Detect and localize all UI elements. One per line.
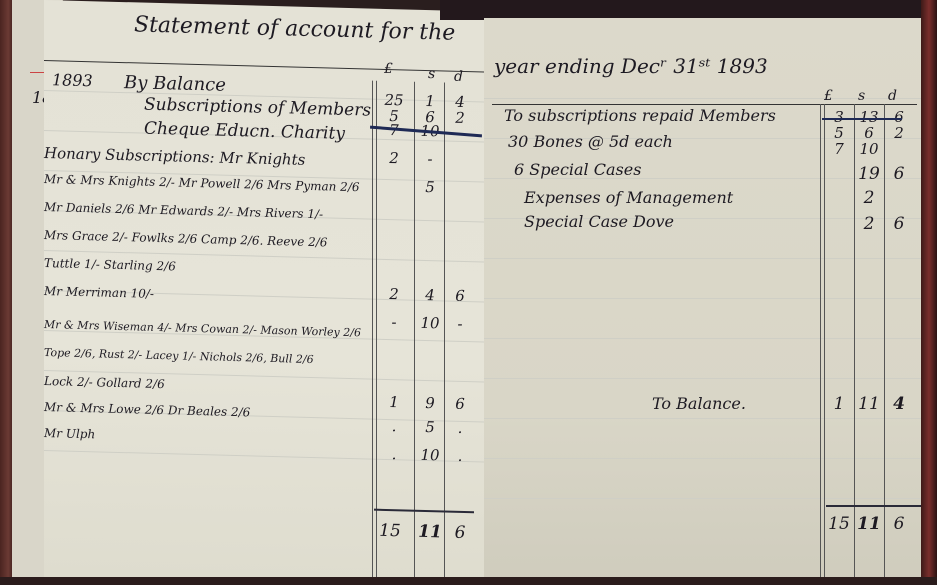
ledger-entry: Honary Subscriptions: Mr Knights [44, 144, 305, 169]
statement-heading: Statement of account for the [134, 12, 455, 45]
total-shillings: 11 [418, 522, 442, 543]
balance-pounds: 1 [827, 394, 851, 414]
amount-shillings: 2 [857, 214, 881, 234]
amount-shillings: 5 [418, 178, 442, 197]
total-rule [374, 509, 474, 514]
amount-shillings: 2 [857, 188, 881, 208]
ledger-entry: By Balance [124, 72, 226, 96]
amount-pounds: . [382, 445, 406, 464]
book-cover-bottom [0, 577, 937, 585]
shillings-header: s [428, 66, 435, 82]
book-cover-top [440, 0, 937, 20]
pounds-header: £ [384, 61, 393, 77]
amount-shillings: 4 [418, 286, 442, 305]
amount-pence: . [448, 447, 472, 466]
amount-shillings: 9 [418, 394, 442, 413]
ledger-entry: Mrs Grace 2/- Fowlks 2/6 Camp 2/6. Reeve… [44, 228, 327, 249]
ledger-entry: 30 Bones @ 5d each [508, 132, 673, 151]
ledger-entry: Mr & Mrs Knights 2/- Mr Powell 2/6 Mrs P… [44, 172, 360, 194]
amount-pence: 6 [887, 214, 911, 234]
total-pounds: 15 [827, 514, 851, 534]
ledger-entry: Mr & Mrs Lowe 2/6 Dr Beales 2/6 [44, 400, 250, 419]
book-cover-right [921, 0, 937, 585]
amount-pounds: 7 [827, 140, 851, 158]
amount-pounds: 2 [382, 149, 406, 168]
amount-pence: 6 [448, 287, 472, 306]
shillings-header: s [858, 88, 865, 104]
left-page: Statement of account for the £ s d 1893 … [44, 0, 485, 585]
total-rule [826, 505, 921, 507]
ledger-entry: Mr Merriman 10/- [44, 284, 154, 301]
ledger-entry: 6 Special Cases [514, 160, 641, 179]
pence-header: d [888, 88, 897, 104]
pence-header: d [454, 69, 463, 85]
amount-pence: . [448, 419, 472, 438]
balance-pence: 4 [887, 394, 911, 414]
amount-shillings: 10 [857, 140, 881, 158]
amount-shillings: 10 [418, 446, 442, 465]
balance-entry: To Balance. [652, 394, 746, 413]
balance-shillings: 11 [857, 394, 881, 414]
strikethrough-line [822, 118, 902, 120]
amount-pence: 2 [887, 124, 911, 142]
total-pence: 6 [887, 514, 911, 534]
ledger-entry: Expenses of Management [524, 188, 733, 207]
amount-shillings: 10 [418, 314, 442, 333]
total-shillings: 11 [857, 514, 881, 534]
ledger-entry: Mr Daniels 2/6 Mr Edwards 2/- Mrs Rivers… [44, 200, 323, 221]
ledger-entry: Cheque Educn. Charity [144, 119, 345, 144]
ledger-entry: Special Case Dove [524, 212, 674, 231]
amount-pence: 2 [448, 109, 472, 128]
ledger-entry: Lock 2/- Gollard 2/6 [44, 374, 165, 391]
statement-heading-continued: year ending Decʳ 31ˢᵗ 1893 [494, 54, 768, 78]
ledger-entry: Mr Ulph [44, 426, 95, 441]
pounds-header: £ [824, 88, 833, 104]
ledger-entry: Tuttle 1/- Starling 2/6 [44, 256, 176, 273]
amount-shillings: - [418, 150, 442, 169]
total-pounds: 15 [378, 521, 402, 542]
amount-pounds: . [382, 417, 406, 436]
amount-pence: 6 [448, 395, 472, 414]
amount-shillings: 5 [418, 418, 442, 437]
total-pence: 6 [448, 523, 472, 544]
ledger-entry: To subscriptions repaid Members [504, 106, 776, 125]
right-page: year ending Decʳ 31ˢᵗ 1893 £ s d To subs… [484, 18, 921, 585]
ledger-entry: Mr & Mrs Wiseman 4/- Mrs Cowan 2/- Mason… [44, 318, 361, 339]
ledger-entry: Tope 2/6, Rust 2/- Lacey 1/- Nichols 2/6… [44, 346, 314, 366]
amount-pounds: - [382, 313, 406, 332]
amount-shillings: 19 [857, 164, 881, 184]
year-label: 1893 [52, 70, 93, 90]
amount-pounds: 1 [382, 393, 406, 412]
amount-pence: - [448, 315, 472, 334]
amount-pounds: 2 [382, 285, 406, 304]
amount-pence: 6 [887, 164, 911, 184]
